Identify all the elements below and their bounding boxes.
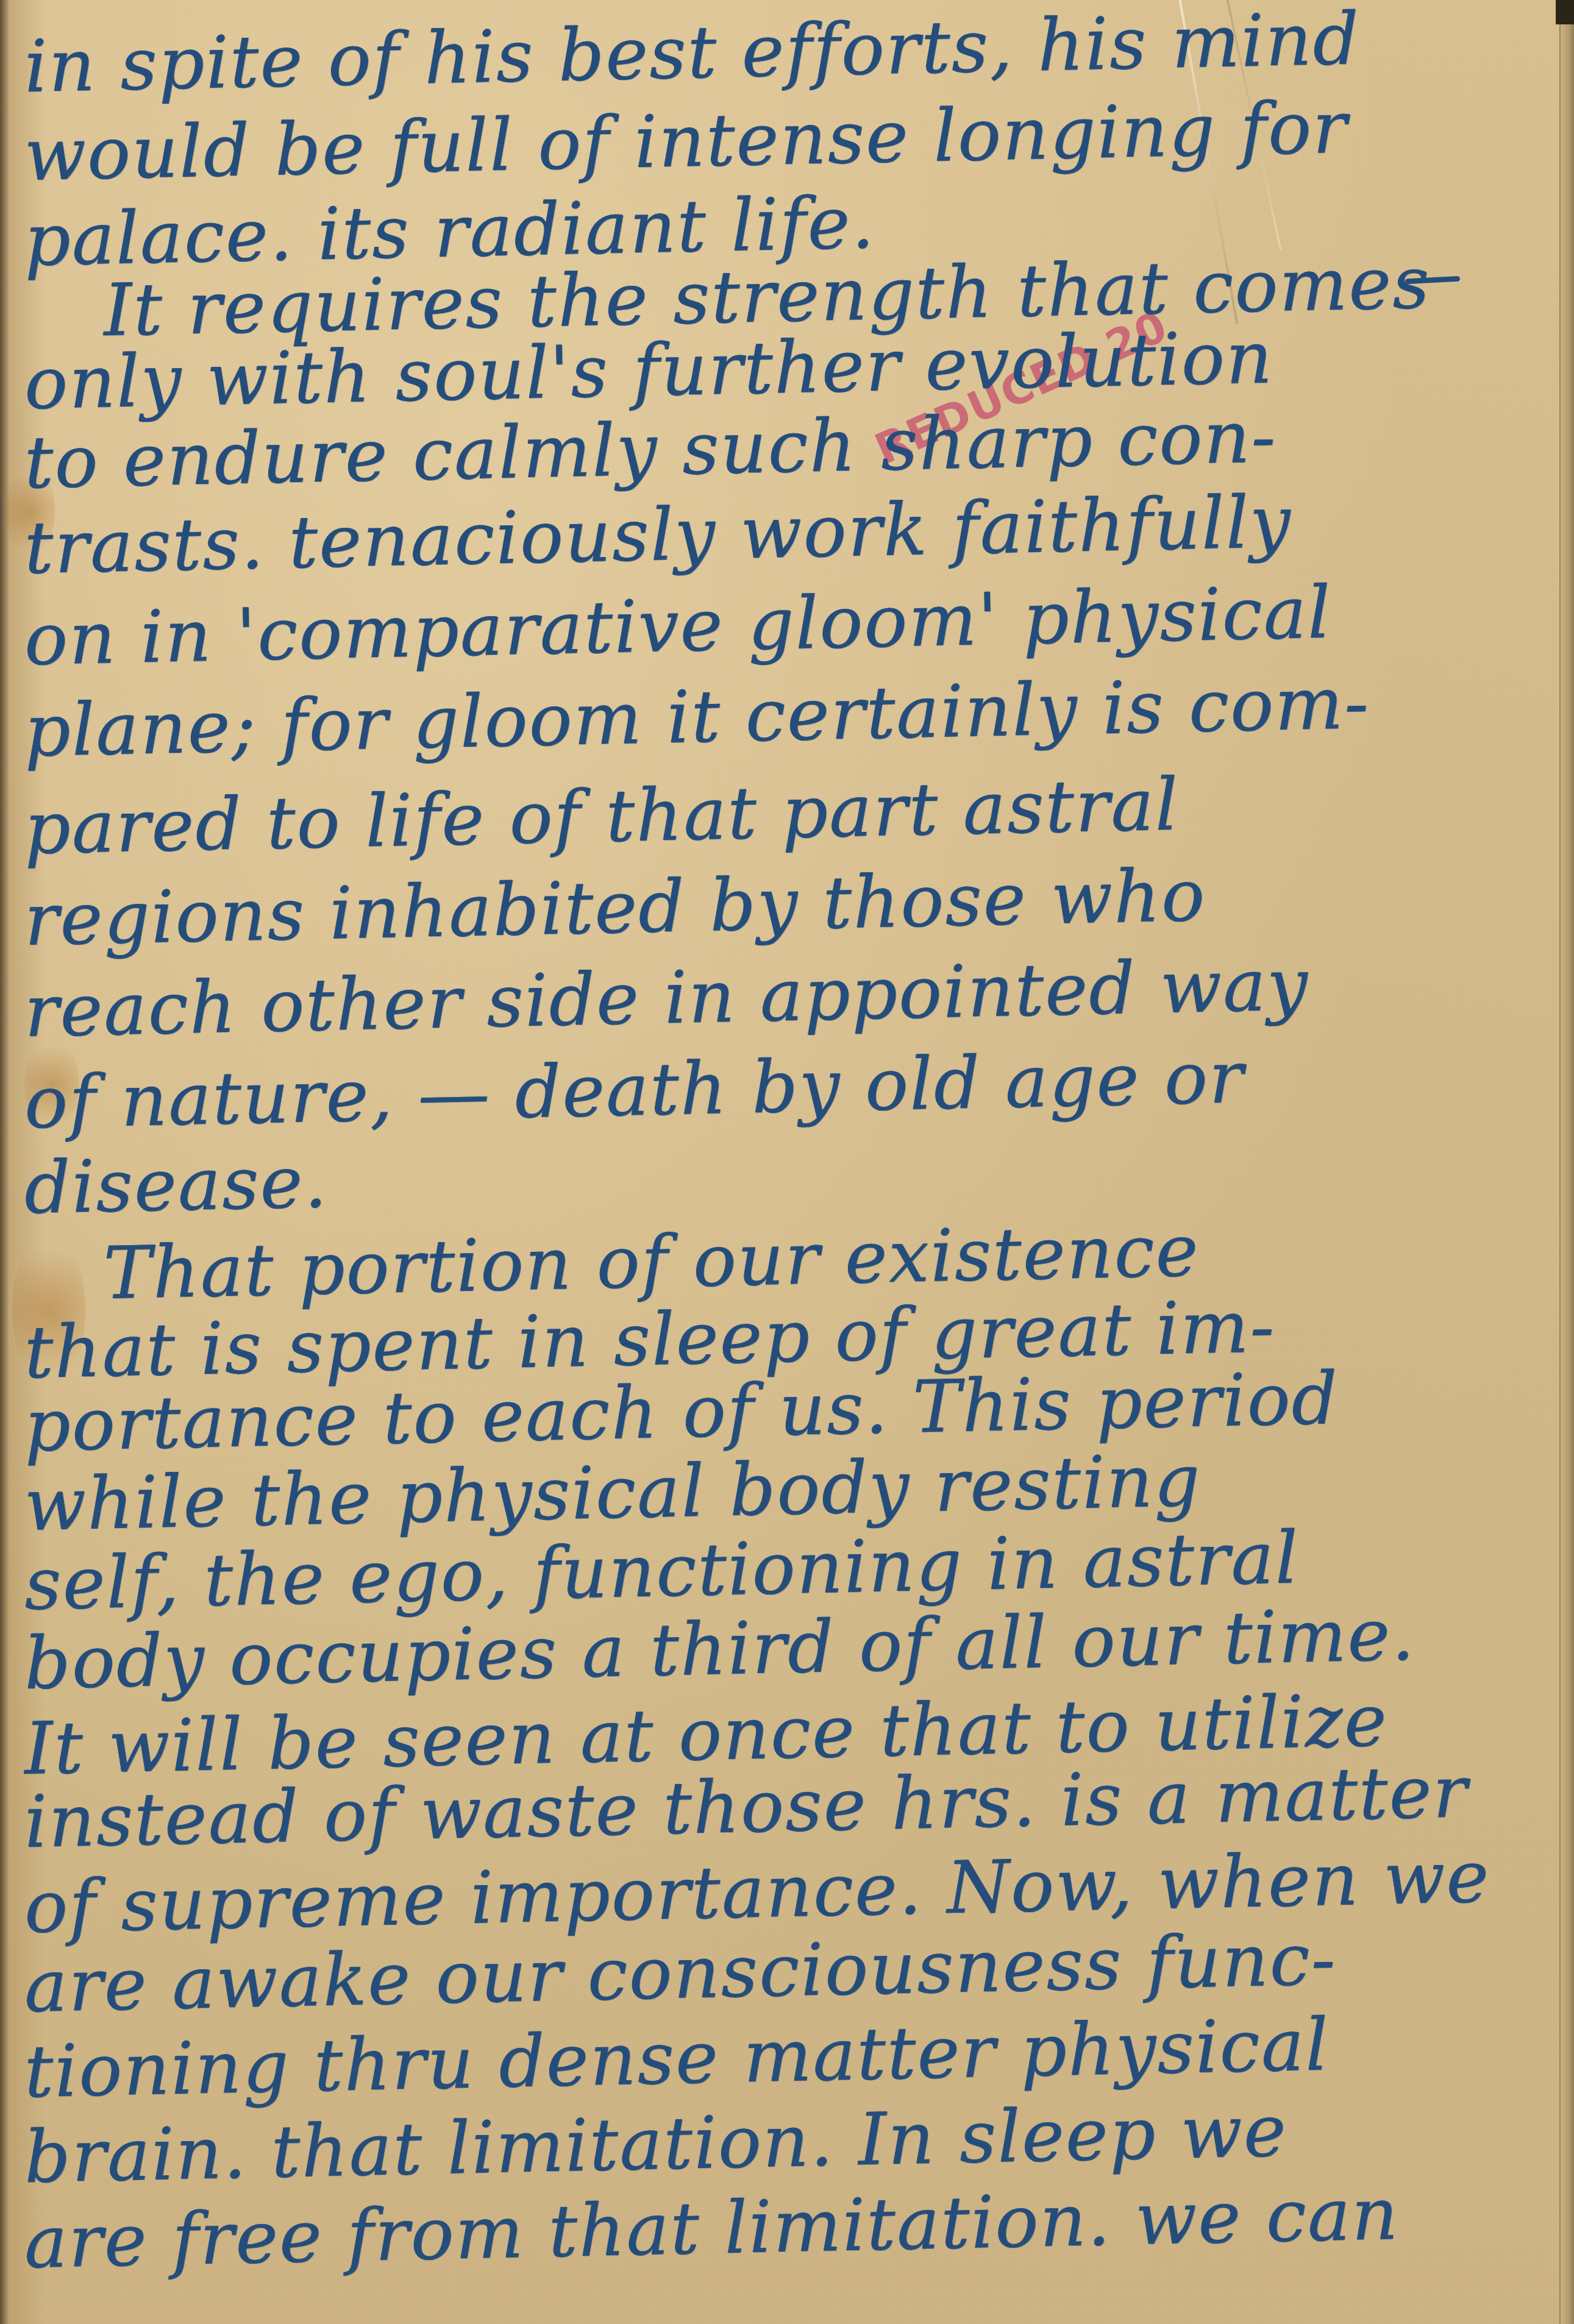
manuscript-line: disease. (24, 1140, 329, 1230)
manuscript-line: reach other side in appointed way (24, 942, 1310, 1053)
page-right-edge (1559, 0, 1574, 2324)
manuscript-line: pared to life of that part astral (24, 762, 1180, 870)
page-corner-shadow (1556, 0, 1574, 24)
manuscript-page: REDUCED 20 in spite of his best efforts,… (0, 0, 1574, 2324)
manuscript-line: on in 'comparative gloom' physical (24, 570, 1333, 681)
manuscript-line: plane; for gloom it certainly is com- (24, 661, 1371, 773)
binding-edge (0, 0, 9, 2324)
manuscript-line: of nature, — death by old age or (24, 1035, 1245, 1145)
manuscript-line: regions inhabited by those who (24, 853, 1207, 962)
